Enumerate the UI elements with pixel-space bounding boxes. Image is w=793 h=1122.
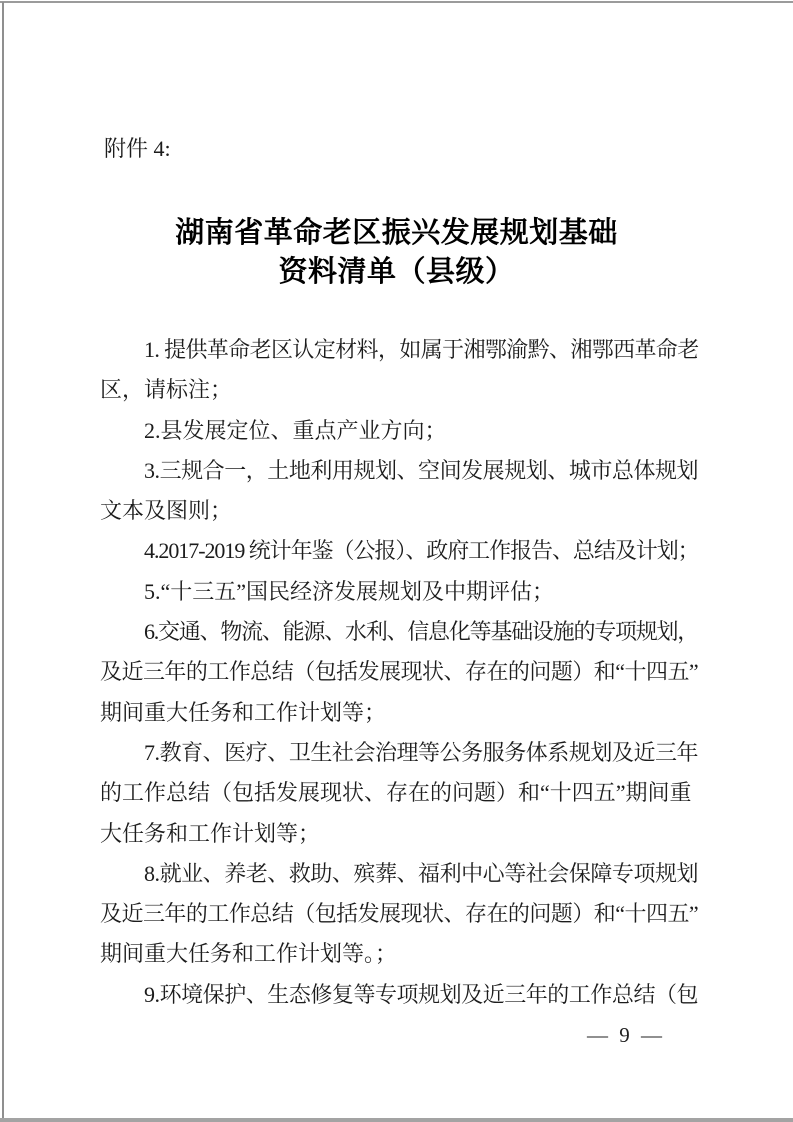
text-line: 及近三年的工作总结（包括发展现状、存在的问题）和“十四五”	[100, 894, 700, 934]
text-line: 及近三年的工作总结（包括发展现状、存在的问题）和“十四五”	[100, 652, 700, 692]
scan-edge-top	[0, 1, 793, 3]
text-line: 5.“十三五”国民经济发展规划及中期评估；	[100, 572, 700, 612]
document-title-line-2: 资料清单（县级）	[0, 253, 793, 292]
text-line: 6.交通、物流、能源、水利、信息化等基础设施的专项规划，	[100, 612, 700, 652]
attachment-label: 附件 4:	[104, 134, 171, 164]
paragraph: 3.三规合一，土地利用规划、空间发展规划、城市总体规划文本及图则；	[100, 451, 700, 532]
paragraph: 7.教育、医疗、卫生社会治理等公务服务体系规划及近三年的工作总结（包括发展现状、…	[100, 733, 700, 854]
paragraph: 5.“十三五”国民经济发展规划及中期评估；	[100, 572, 700, 612]
paragraph: 8.就业、养老、救助、殡葬、福利中心等社会保障专项规划及近三年的工作总结（包括发…	[100, 854, 700, 975]
text-line: 期间重大任务和工作计划等；	[100, 693, 700, 733]
paragraph: 9.环境保护、生态修复等专项规划及近三年的工作总结（包	[100, 975, 700, 1015]
page-number: — 9 —	[587, 1020, 665, 1050]
text-line: 1. 提供革命老区认定材料，如属于湘鄂渝黔、湘鄂西革命老	[100, 330, 700, 370]
text-line: 期间重大任务和工作计划等。；	[100, 934, 700, 974]
paragraph: 6.交通、物流、能源、水利、信息化等基础设施的专项规划，及近三年的工作总结（包括…	[100, 612, 700, 733]
text-line: 4.2017-2019 统计年鉴（公报）、政府工作报告、总结及计划；	[100, 531, 700, 571]
text-line: 的工作总结（包括发展现状、存在的问题）和“十四五”期间重	[100, 773, 700, 813]
document-title: 湖南省革命老区振兴发展规划基础 资料清单（县级）	[0, 214, 793, 292]
paragraph: 1. 提供革命老区认定材料，如属于湘鄂渝黔、湘鄂西革命老区，请标注；	[100, 330, 700, 411]
text-line: 8.就业、养老、救助、殡葬、福利中心等社会保障专项规划	[100, 854, 700, 894]
scan-edge-left	[2, 2, 4, 1122]
paragraph: 2.县发展定位、重点产业方向；	[100, 411, 700, 451]
text-line: 2.县发展定位、重点产业方向；	[100, 411, 700, 451]
document-title-line-1: 湖南省革命老区振兴发展规划基础	[0, 214, 793, 253]
text-line: 9.环境保护、生态修复等专项规划及近三年的工作总结（包	[100, 975, 700, 1015]
scan-edge-bottom	[0, 1118, 793, 1122]
text-line: 3.三规合一，土地利用规划、空间发展规划、城市总体规划	[100, 451, 700, 491]
text-line: 大任务和工作计划等；	[100, 814, 700, 854]
body-text: 1. 提供革命老区认定材料，如属于湘鄂渝黔、湘鄂西革命老区，请标注；2.县发展定…	[100, 330, 700, 1015]
text-line: 7.教育、医疗、卫生社会治理等公务服务体系规划及近三年	[100, 733, 700, 773]
document-page: 附件 4: 湖南省革命老区振兴发展规划基础 资料清单（县级） 1. 提供革命老区…	[0, 0, 793, 1122]
text-line: 文本及图则；	[100, 491, 700, 531]
paragraph: 4.2017-2019 统计年鉴（公报）、政府工作报告、总结及计划；	[100, 531, 700, 571]
text-line: 区，请标注；	[100, 370, 700, 410]
